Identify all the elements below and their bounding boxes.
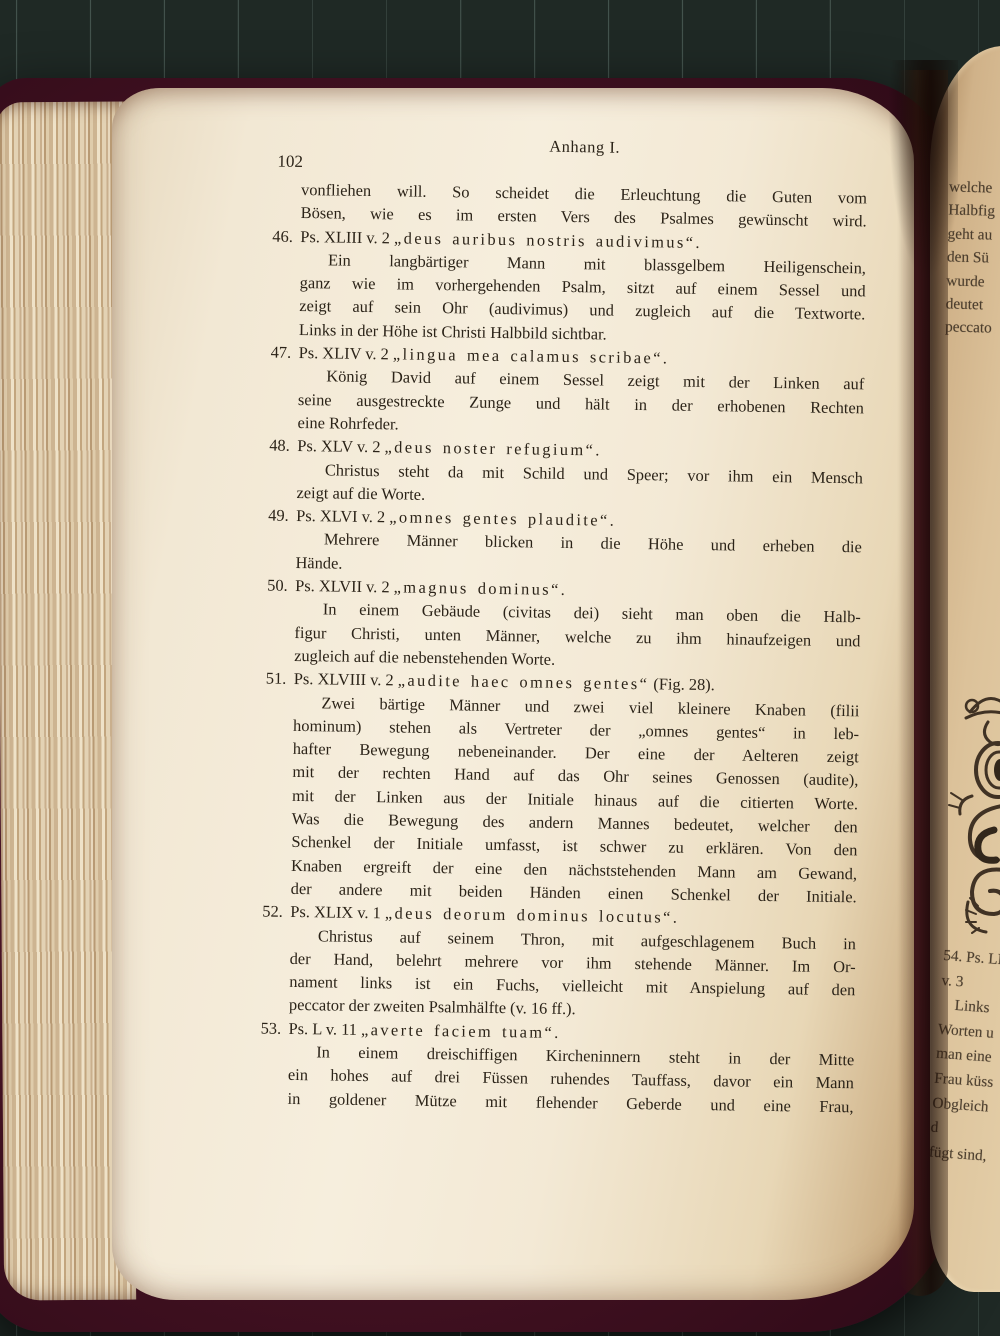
- psalm-ref: Ps. L v. 11: [289, 1019, 362, 1039]
- entry-number: 50.: [267, 574, 288, 598]
- heading-suffix: .: [595, 441, 599, 460]
- psalm-ref: Ps. XLIX v. 1: [290, 902, 385, 922]
- entry-number: 49.: [268, 504, 289, 528]
- psalm-ref: Ps. XLIV v. 2: [299, 343, 394, 363]
- psalm-ref: Ps. XLV v. 2: [297, 436, 385, 456]
- psalm-ref: Ps. XLVI v. 2: [296, 506, 389, 526]
- psalm-ref: Ps. XLVIII v. 2: [294, 669, 398, 690]
- psalm-quote: „magnus dominus“: [394, 577, 561, 598]
- psalm-quote: „lingua mea calamus scribae“: [393, 344, 663, 367]
- entry-number: 51.: [266, 667, 287, 691]
- page-number: 102: [277, 152, 303, 172]
- body-text: vonfliehen will. So scheidet die Erleuch…: [287, 178, 867, 1118]
- running-head: Anhang I.: [302, 133, 868, 161]
- psalm-quote: „deus deorum dominus locutus“: [385, 904, 673, 927]
- psalm-ref: Ps. XLVII v. 2: [295, 576, 394, 596]
- gutter-shadow: [898, 70, 948, 1296]
- heading-suffix: .: [554, 1023, 558, 1042]
- page-text: 102 Anhang I. vonfliehen will. So scheid…: [286, 128, 868, 1236]
- text-line: 54. Ps. LI v. 3: [941, 944, 1000, 998]
- heading-suffix: .: [695, 232, 699, 251]
- psalm-quote: „audite haec omnes gentes“: [398, 671, 650, 694]
- entry-number: 48.: [269, 434, 290, 458]
- entry-number: 47.: [270, 341, 291, 365]
- heading-suffix: .: [663, 348, 667, 367]
- entry-number: 46.: [272, 224, 293, 248]
- heading-suffix: (Fig. 28).: [649, 674, 715, 694]
- heading-suffix: .: [561, 580, 565, 599]
- psalm-ref: Ps. XLIII v. 2: [300, 227, 394, 247]
- left-page: 102 Anhang I. vonfliehen will. So scheid…: [112, 88, 914, 1300]
- psalm-quote: „omnes gentes plaudite“: [389, 507, 610, 529]
- text-line: peccato: [945, 316, 992, 341]
- text-line: deutet: [945, 292, 992, 317]
- psalm-quote: „deus noster refugium“: [384, 438, 595, 460]
- psalm-quote: „averte faciem tuam“: [361, 1020, 554, 1042]
- entry-number: 52.: [262, 900, 283, 924]
- heading-suffix: .: [610, 511, 614, 530]
- book-photograph: welcheHalbfiggeht auden Süwurdedeutetpec…: [0, 0, 1000, 1336]
- psalm-quote: „deus auribus nostris audivimus“: [394, 228, 696, 251]
- entry-number: 53.: [260, 1016, 281, 1040]
- heading-suffix: .: [673, 908, 677, 927]
